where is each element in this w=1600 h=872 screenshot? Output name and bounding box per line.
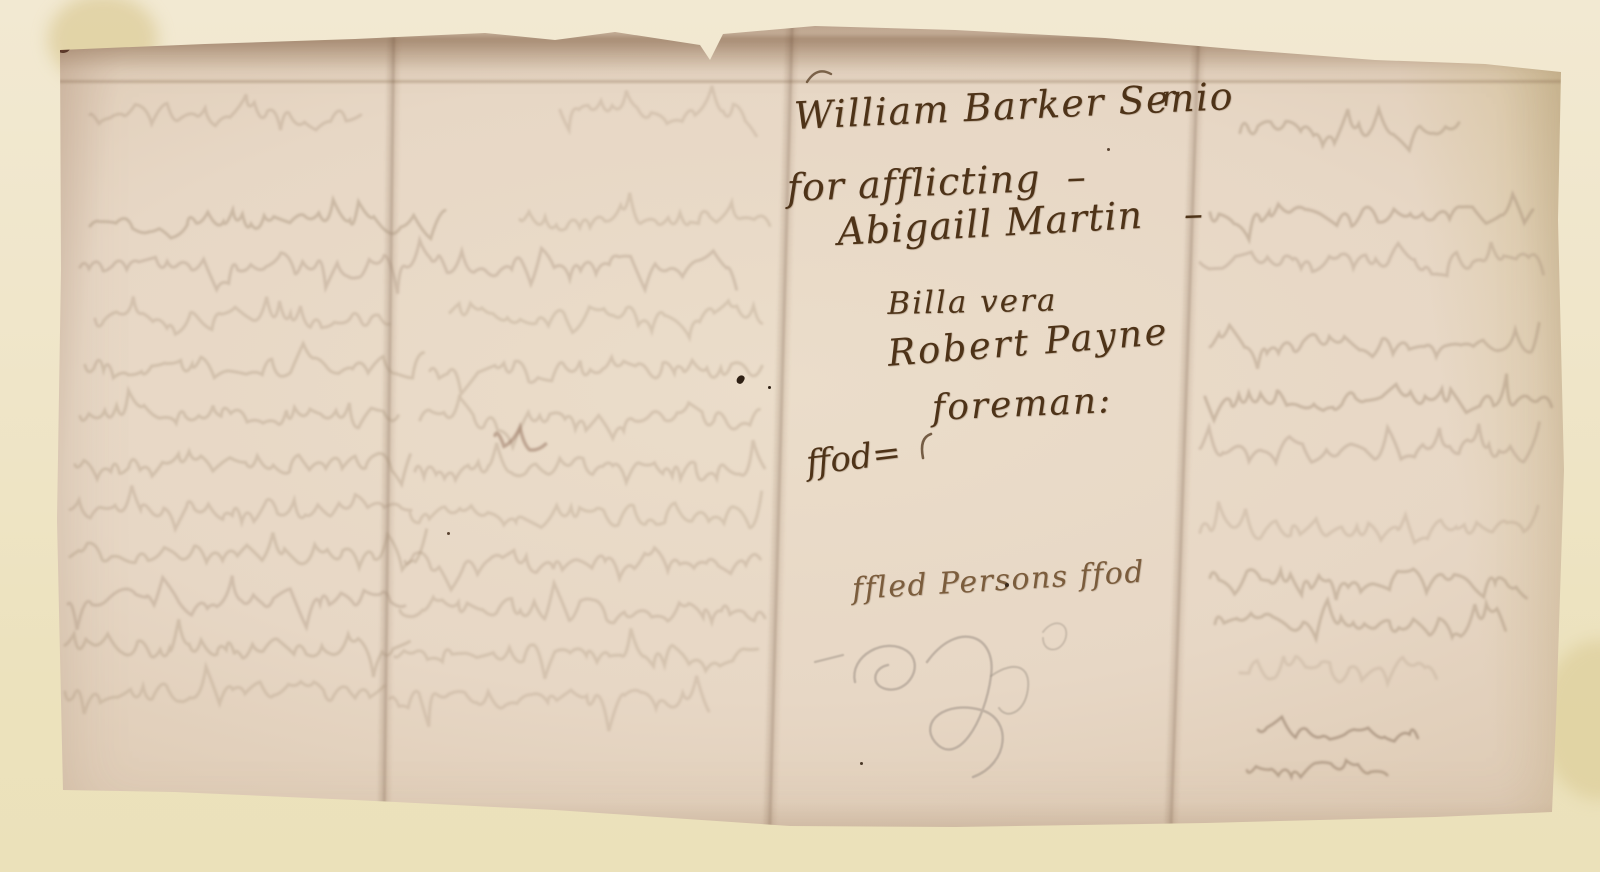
ink-speck	[860, 762, 863, 765]
manuscript-photograph: William Barker Senio r for afflicting – …	[0, 0, 1600, 872]
ink-speck	[447, 532, 450, 535]
manuscript-paper: William Barker Senio r for afflicting – …	[55, 20, 1570, 835]
ink-speck	[768, 386, 771, 389]
stray-ink-marks	[55, 20, 1570, 835]
ink-speck	[1005, 583, 1009, 587]
ink-speck	[1107, 148, 1110, 151]
